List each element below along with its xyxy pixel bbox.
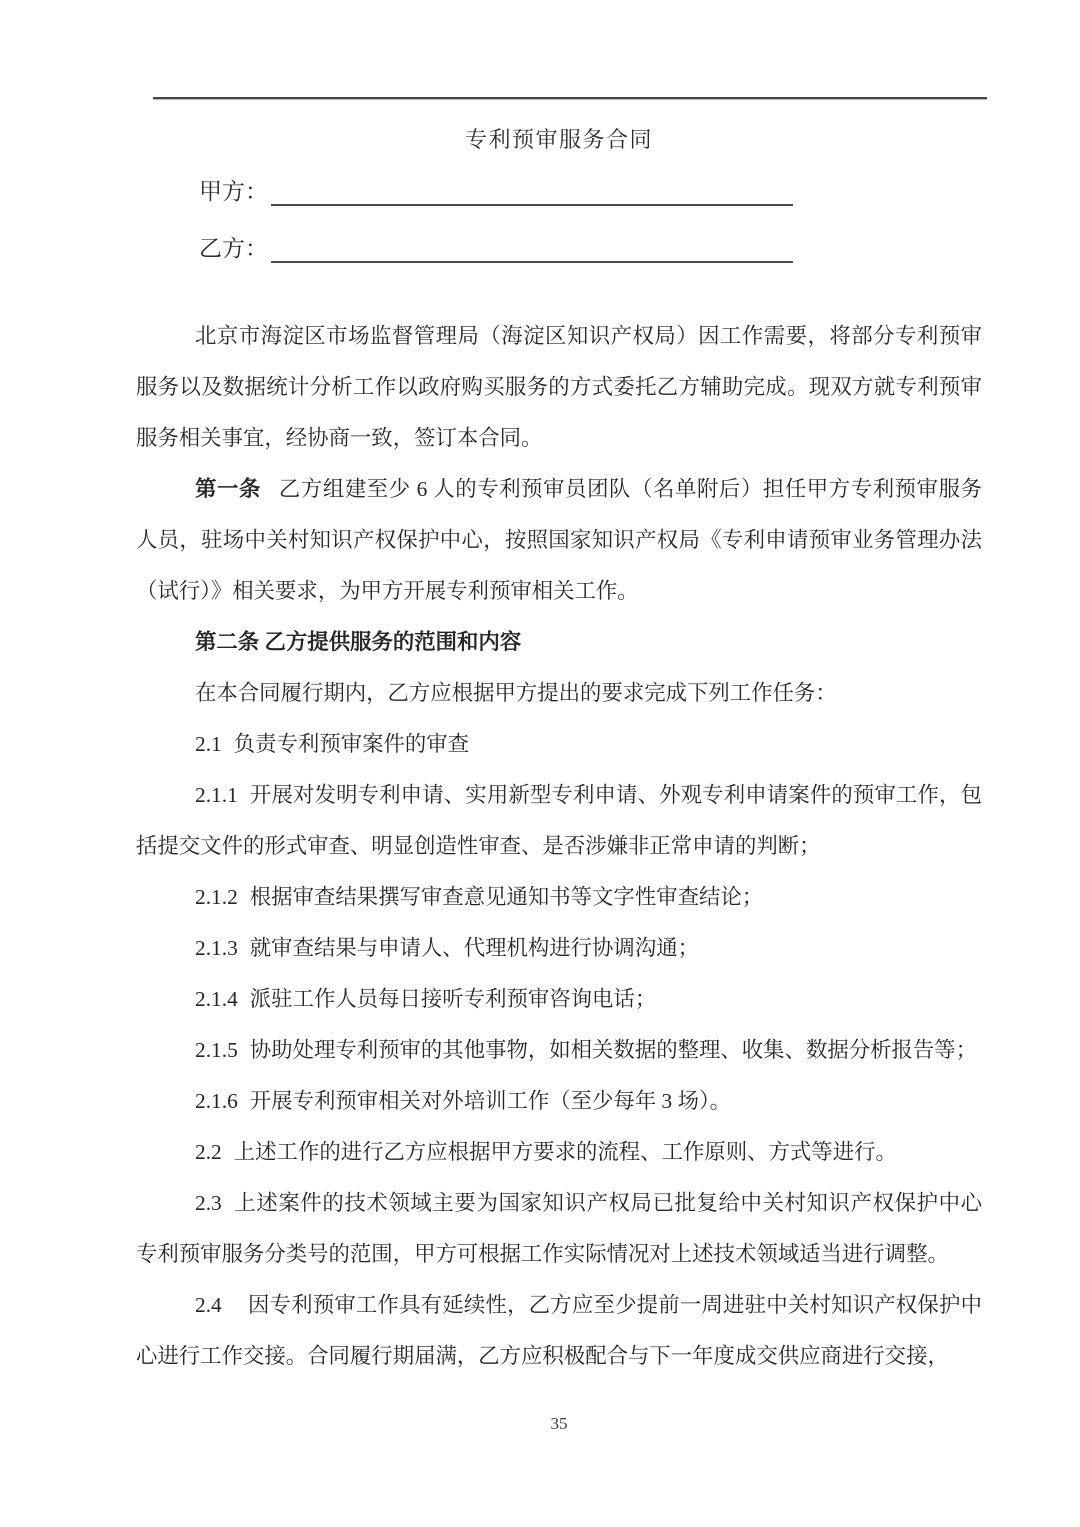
clause-2-1-4: 2.1.4派驻工作人员每日接听专利预审咨询电话； (136, 974, 982, 1025)
article-2-heading: 第二条 乙方提供服务的范围和内容 (136, 617, 982, 668)
clause-2-3-num: 2.3 (195, 1191, 222, 1215)
page-number: 35 (136, 1414, 982, 1434)
clause-2-1-1-num: 2.1.1 (195, 783, 238, 807)
clause-2-2: 2.2上述工作的进行乙方应根据甲方要求的流程、工作原则、方式等进行。 (136, 1127, 982, 1178)
clause-2-1-6-text: 开展专利预审相关对外培训工作（至少每年 3 场）。 (250, 1089, 731, 1113)
clause-2-1-3-num: 2.1.3 (195, 936, 238, 960)
clause-2-1-5: 2.1.5协助处理专利预审的其他事物，如相关数据的整理、收集、数据分析报告等； (136, 1025, 982, 1076)
party-b-fill-line[interactable] (271, 234, 793, 263)
intro-text: 北京市海淀区市场监督管理局（海淀区知识产权局）因工作需要，将部分专利预审服务以及… (136, 324, 982, 450)
party-b-label: 乙方： (199, 234, 268, 263)
contract-document-page: 专利预审服务合同 甲方： 乙方： 北京市海淀区市场监督管理局（海淀区知识产权局）… (0, 0, 1080, 1527)
clause-2-1-1: 2.1.1开展对发明专利申请、实用新型专利申请、外观专利申请案件的预审工作，包括… (136, 770, 982, 872)
clause-2-1-3: 2.1.3就审查结果与申请人、代理机构进行协调沟通； (136, 923, 982, 974)
header-rule (153, 97, 987, 100)
clause-2-4-text: 因专利预审工作具有延续性，乙方应至少提前一周进驻中关村知识产权保护中心进行工作交… (136, 1293, 982, 1368)
clause-2-4: 2.4因专利预审工作具有延续性，乙方应至少提前一周进驻中关村知识产权保护中心进行… (136, 1280, 982, 1382)
clause-2-1: 2.1负责专利预审案件的审查 (136, 719, 982, 770)
clause-2-1-6: 2.1.6开展专利预审相关对外培训工作（至少每年 3 场）。 (136, 1076, 982, 1127)
article-1-text: 乙方组建至少 6 人的专利预审员团队（名单附后）担任甲方专利预审服务人员，驻场中… (136, 477, 982, 603)
article-2-intro-text: 在本合同履行期内，乙方应根据甲方提出的要求完成下列工作任务： (195, 681, 837, 705)
clause-2-1-2: 2.1.2根据审查结果撰写审查意见通知书等文字性审查结论； (136, 872, 982, 923)
clause-2-1-4-text: 派驻工作人员每日接听专利预审咨询电话； (250, 987, 656, 1011)
clause-2-1-3-text: 就审查结果与申请人、代理机构进行协调沟通； (250, 936, 699, 960)
party-a-row: 甲方： (199, 176, 793, 206)
article-2-intro: 在本合同履行期内，乙方应根据甲方提出的要求完成下列工作任务： (136, 668, 982, 719)
clause-2-2-text: 上述工作的进行乙方应根据甲方要求的流程、工作原则、方式等进行。 (234, 1140, 897, 1164)
clause-2-4-num: 2.4 (195, 1293, 222, 1317)
clause-2-1-6-num: 2.1.6 (195, 1089, 238, 1113)
clause-2-1-text: 负责专利预审案件的审查 (234, 732, 469, 756)
clause-2-3-text: 上述案件的技术领域主要为国家知识产权局已批复给中关村知识产权保护中心专利预审服务… (136, 1191, 982, 1266)
party-b-row: 乙方： (199, 233, 793, 263)
clause-2-1-5-num: 2.1.5 (195, 1038, 238, 1062)
article-1-label: 第一条 (195, 477, 261, 501)
contract-body: 北京市海淀区市场监督管理局（海淀区知识产权局）因工作需要，将部分专利预审服务以及… (136, 311, 982, 1382)
clause-2-1-4-num: 2.1.4 (195, 987, 238, 1011)
clause-2-1-5-text: 协助处理专利预审的其他事物，如相关数据的整理、收集、数据分析报告等； (250, 1038, 977, 1062)
clause-2-1-2-num: 2.1.2 (195, 885, 238, 909)
article-1-paragraph: 第一条乙方组建至少 6 人的专利预审员团队（名单附后）担任甲方专利预审服务人员，… (136, 464, 982, 617)
document-title: 专利预审服务合同 (136, 123, 982, 154)
party-a-fill-line[interactable] (271, 177, 793, 206)
clause-2-3: 2.3上述案件的技术领域主要为国家知识产权局已批复给中关村知识产权保护中心专利预… (136, 1178, 982, 1280)
clause-2-1-2-text: 根据审查结果撰写审查意见通知书等文字性审查结论； (250, 885, 763, 909)
intro-paragraph: 北京市海淀区市场监督管理局（海淀区知识产权局）因工作需要，将部分专利预审服务以及… (136, 311, 982, 464)
clause-2-1-1-text: 开展对发明专利申请、实用新型专利申请、外观专利申请案件的预审工作，包括提交文件的… (136, 783, 982, 858)
clause-2-2-num: 2.2 (195, 1140, 222, 1164)
clause-2-1-num: 2.1 (195, 732, 222, 756)
party-a-label: 甲方： (199, 177, 268, 206)
